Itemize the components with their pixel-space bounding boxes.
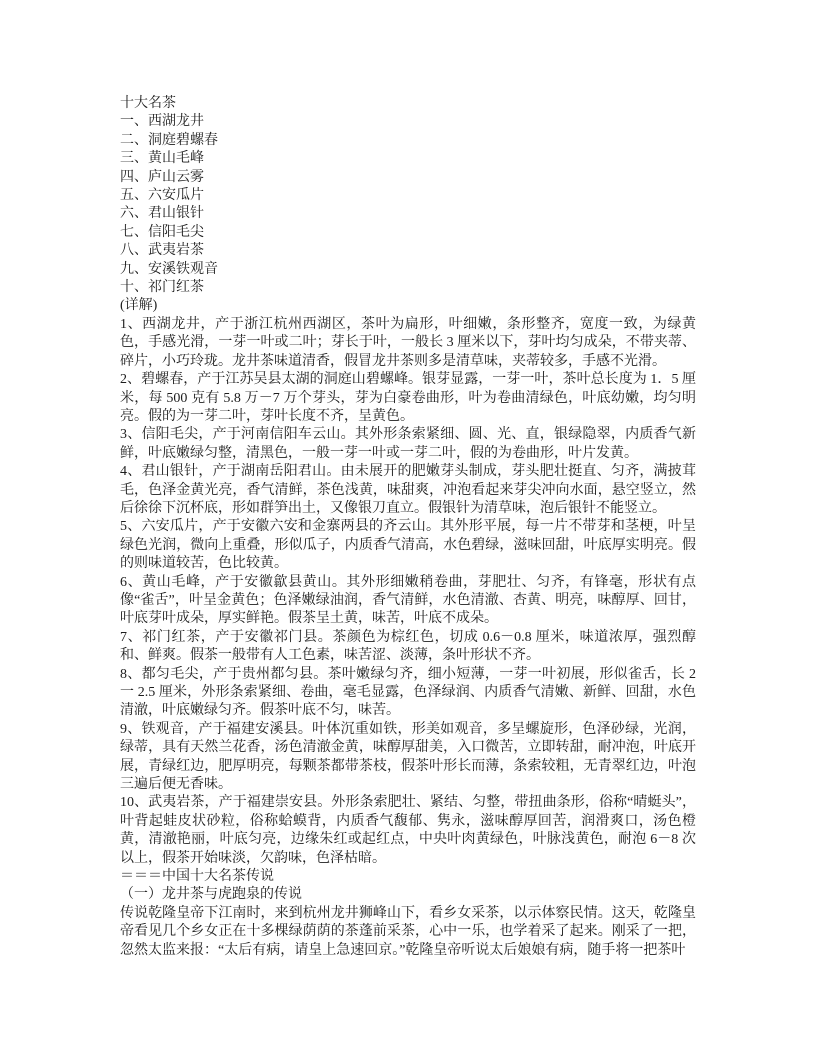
tea-detail-paragraph-5: 5、六安瓜片，产于安徽六安和金寨两县的齐云山。其外形平展，每一片不带芽和茎梗，叶…	[120, 518, 696, 573]
tea-list-item-2: 二、洞庭碧螺春	[120, 132, 696, 150]
legend-story-title: （一）龙井茶与虎跑泉的传说	[120, 886, 696, 904]
document-content: 十大名茶 一、西湖龙井 二、洞庭碧螺春 三、黄山毛峰 四、庐山云雾 五、六安瓜片…	[120, 95, 696, 960]
tea-list-item-7: 七、信阳毛尖	[120, 224, 696, 242]
tea-list-item-3: 三、黄山毛峰	[120, 150, 696, 168]
document-title: 十大名茶	[120, 95, 696, 113]
tea-list-item-8: 八、武夷岩茶	[120, 242, 696, 260]
tea-list-item-6: 六、君山银针	[120, 205, 696, 223]
tea-detail-paragraph-8: 8、都匀毛尖，产于贵州都匀县。茶叶嫩绿匀齐，细小短薄，一芽一叶初展，形似雀舌，长…	[120, 666, 696, 721]
tea-list-item-4: 四、庐山云雾	[120, 169, 696, 187]
tea-detail-paragraph-6: 6、黄山毛峰，产于安徽歙县黄山。其外形细嫩稍卷曲，芽肥壮、匀齐，有锋毫，形状有点…	[120, 574, 696, 629]
tea-detail-paragraph-2: 2、碧螺春，产于江苏吴县太湖的洞庭山碧螺峰。银芽显露，一芽一叶，茶叶总长度为 1…	[120, 371, 696, 426]
tea-detail-paragraph-3: 3、信阳毛尖，产于河南信阳车云山。其外形条索紧细、圆、光、直，银绿隐翠，内质香气…	[120, 426, 696, 463]
tea-detail-paragraph-9: 9、铁观音，产于福建安溪县。叶体沉重如铁，形美如观音，多呈螺旋形，色泽砂绿，光润…	[120, 721, 696, 795]
tea-detail-paragraph-1: 1、西湖龙井，产于浙江杭州西湖区，茶叶为扁形，叶细嫩，条形整齐，宽度一致，为绿黄…	[120, 316, 696, 371]
tea-list-item-5: 五、六安瓜片	[120, 187, 696, 205]
tea-detail-paragraph-7: 7、祁门红茶，产于安徽祁门县。茶颜色为棕红色，切成 0.6－0.8 厘米，味道浓…	[120, 629, 696, 666]
tea-list-item-9: 九、安溪铁观音	[120, 261, 696, 279]
tea-detail-paragraph-4: 4、君山银针，产于湖南岳阳君山。由未展开的肥嫩芽头制成，芽头肥壮挺直、匀齐，满披…	[120, 463, 696, 518]
tea-list: 一、西湖龙井 二、洞庭碧螺春 三、黄山毛峰 四、庐山云雾 五、六安瓜片 六、君山…	[120, 113, 696, 297]
tea-list-item-10: 十、祁门红茶	[120, 279, 696, 297]
tea-list-item-1: 一、西湖龙井	[120, 113, 696, 131]
document-page: 十大名茶 一、西湖龙井 二、洞庭碧螺春 三、黄山毛峰 四、庐山云雾 五、六安瓜片…	[0, 0, 816, 1056]
legend-story-text: 传说乾隆皇帝下江南时，来到杭州龙井狮峰山下，看乡女采茶，以示体察民情。这天，乾隆…	[120, 905, 696, 960]
legend-section-title: ＝＝＝中国十大名茶传说	[120, 868, 696, 886]
tea-detail-paragraph-10: 10、武夷岩茶，产于福建崇安县。外形条索肥壮、紧结、匀整，带扭曲条形，俗称“晴蜓…	[120, 794, 696, 868]
tea-details: 1、西湖龙井，产于浙江杭州西湖区，茶叶为扁形，叶细嫩，条形整齐，宽度一致，为绿黄…	[120, 316, 696, 868]
details-section-label: (详解)	[120, 297, 696, 315]
